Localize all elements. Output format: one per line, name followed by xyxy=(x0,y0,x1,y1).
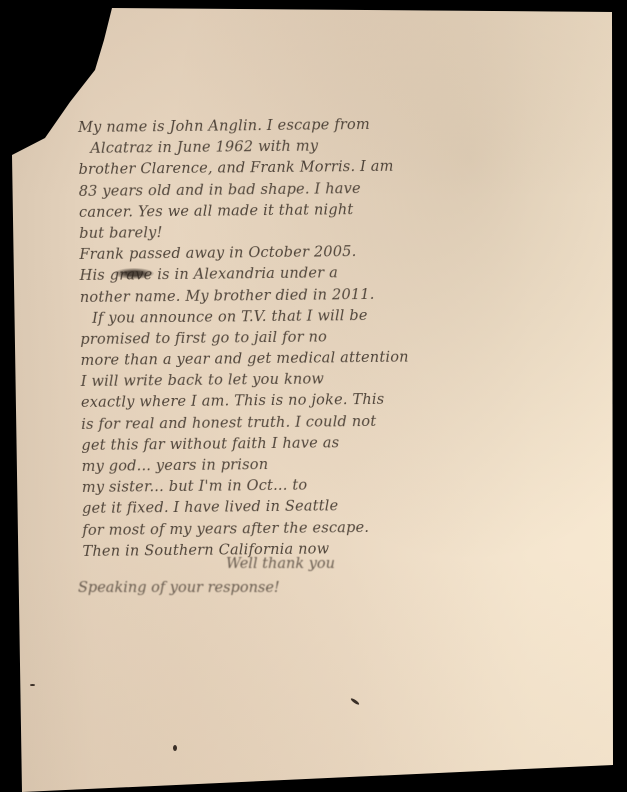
paper-speck xyxy=(173,745,177,751)
scanned-letter-photo: My name is John Anglin. I escape fromAlc… xyxy=(0,0,627,792)
letter-body: My name is John Anglin. I escape fromAlc… xyxy=(78,113,553,563)
closing-line-2: Speaking of your response! xyxy=(78,576,498,600)
closing-line-1: Well thank you xyxy=(78,552,498,576)
ink-smudge-redaction xyxy=(114,268,154,279)
paper-speck xyxy=(30,684,35,686)
letter-closing: Well thank you Speaking of your response… xyxy=(78,552,498,600)
